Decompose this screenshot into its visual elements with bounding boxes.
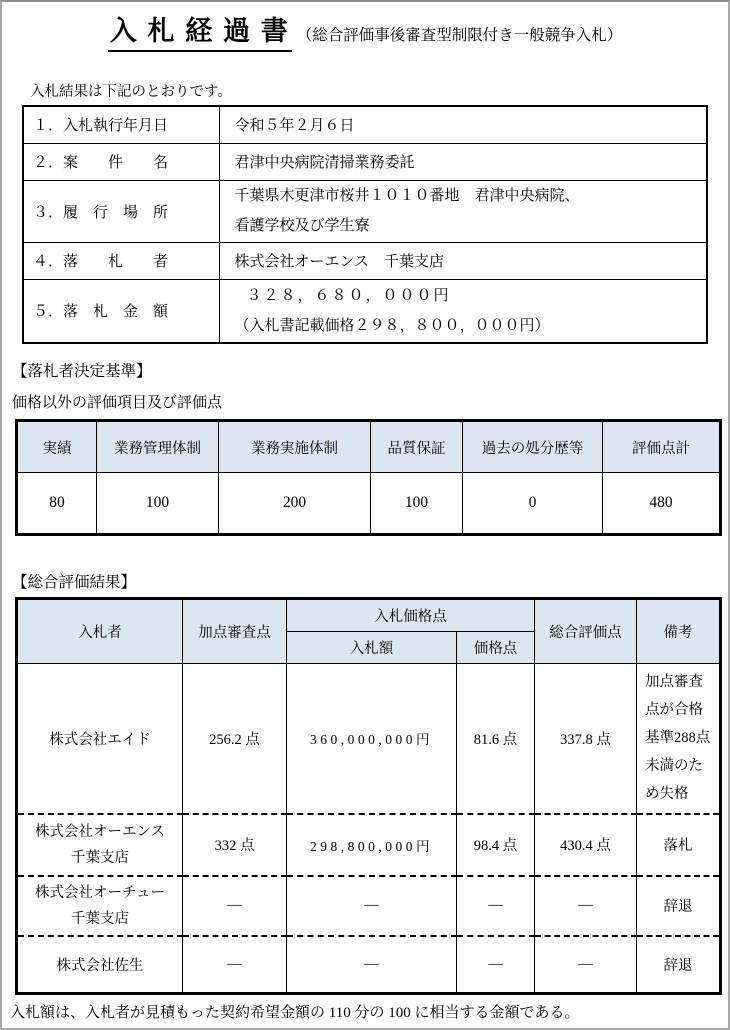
place-line-1: 千葉県木更津市桜井１０１０番地 君津中央病院、: [235, 181, 707, 211]
results-header-amount: 入札額: [287, 632, 457, 664]
results-header-row-1: 入札者 加点審査点 入札価格点 総合評価点 備考: [17, 599, 721, 632]
amount-cell: 298,800,000円: [287, 814, 457, 876]
title-line: 入 札 経 過 書（総合評価事後審査型制限付き一般競争入札）: [2, 9, 728, 52]
remarks-cell: 落札: [637, 814, 721, 876]
summary-label-project: ２．案 件 名: [23, 143, 219, 180]
results-header-remarks: 備考: [637, 599, 721, 664]
table-row: ３．履 行 場 所 千葉県木更津市桜井１０１０番地 君津中央病院、 看護学校及び…: [23, 180, 707, 242]
price-point-cell: ―: [457, 876, 535, 936]
summary-value-project: 君津中央病院清掃業務委託: [219, 143, 707, 180]
amount-cell: ―: [287, 936, 457, 994]
criteria-value-total: 480: [603, 473, 721, 535]
remarks-cell: 辞退: [637, 936, 721, 994]
amount-cell: 360,000,000円: [287, 664, 457, 814]
results-table: 入札者 加点審査点 入札価格点 総合評価点 備考 入札額 価格点 株式会社エイド…: [15, 597, 722, 995]
total-point-cell: 337.8 点: [535, 664, 637, 814]
price-point-cell: ―: [457, 936, 535, 994]
criteria-value-shobun: 0: [463, 473, 603, 535]
document-page: 入 札 経 過 書（総合評価事後審査型制限付き一般競争入札） 入札結果は下記のと…: [0, 0, 730, 1030]
total-point-cell: ―: [535, 876, 637, 936]
criteria-table: 実績 業務管理体制 業務実施体制 品質保証 過去の処分歴等 評価点計 80 10…: [15, 419, 722, 536]
table-row: 株式会社オーエンス 千葉支店 332 点 298,800,000円 98.4 点…: [17, 814, 721, 876]
table-row: ５．落 札 金 額 ３２８，６８０，０００円 （入札書記載価格２９８，８００，０…: [23, 279, 707, 343]
place-line-2: 看護学校及び学生寮: [235, 211, 707, 241]
summary-value-amount: ３２８，６８０，０００円 （入札書記載価格２９８，８００，０００円）: [219, 279, 707, 343]
table-row: 株式会社佐生 ― ― ― ― 辞退: [17, 936, 721, 994]
criteria-header-row: 実績 業務管理体制 業務実施体制 品質保証 過去の処分歴等 評価点計: [17, 421, 721, 473]
criteria-subheading: 価格以外の評価項目及び評価点: [12, 391, 222, 412]
page-title: 入 札 経 過 書: [108, 9, 292, 52]
table-row: 株式会社エイド 256.2 点 360,000,000円 81.6 点 337.…: [17, 664, 721, 814]
criteria-value-jisshi: 200: [219, 473, 371, 535]
bidder-name: 株式会社エイド: [17, 664, 183, 814]
score-cell: 332 点: [183, 814, 287, 876]
bidder-name: 株式会社佐生: [17, 936, 183, 994]
summary-label-winner: ４．落 札 者: [23, 242, 219, 279]
table-row: １．入札執行年月日 令和５年２月６日: [23, 106, 707, 143]
criteria-value-kanri: 100: [97, 473, 219, 535]
bidder-name: 株式会社オーエンス 千葉支店: [17, 814, 183, 876]
intro-text: 入札結果は下記のとおりです。: [30, 80, 232, 101]
score-cell: 256.2 点: [183, 664, 287, 814]
bidder-name-line-1: 株式会社オーエンス: [18, 819, 182, 845]
table-row: ２．案 件 名 君津中央病院清掃業務委託: [23, 143, 707, 180]
results-header-price-group: 入札価格点: [287, 599, 535, 632]
criteria-header-shobun: 過去の処分歴等: [463, 421, 603, 473]
bidder-name-line-2: 千葉支店: [18, 906, 182, 932]
results-header-price-point: 価格点: [457, 632, 535, 664]
results-header-bidder: 入札者: [17, 599, 183, 664]
criteria-value-jisseki: 80: [17, 473, 97, 535]
criteria-header-jisshi: 業務実施体制: [219, 421, 371, 473]
criteria-value-row: 80 100 200 100 0 480: [17, 473, 721, 535]
bidder-name-line-2: 千葉支店: [18, 845, 182, 871]
price-point-cell: 81.6 点: [457, 664, 535, 814]
criteria-heading: 【落札者決定基準】: [12, 359, 152, 381]
summary-table: １．入札執行年月日 令和５年２月６日 ２．案 件 名 君津中央病院清掃業務委託 …: [22, 105, 708, 344]
table-row: 株式会社オーチュー 千葉支店 ― ― ― ― 辞退: [17, 876, 721, 936]
page-subtitle: （総合評価事後審査型制限付き一般競争入札）: [297, 27, 623, 44]
summary-value-winner: 株式会社オーエンス 千葉支店: [219, 242, 707, 279]
criteria-header-hinshitsu: 品質保証: [371, 421, 463, 473]
bid-sheet-price: （入札書記載価格２９８，８００，０００円）: [235, 311, 707, 341]
footnote-text: 入札額は、入札者が見積もった契約希望金額の 110 分の 100 に相当する金額…: [10, 1001, 579, 1022]
summary-value-place: 千葉県木更津市桜井１０１０番地 君津中央病院、 看護学校及び学生寮: [219, 180, 707, 242]
results-heading: 【総合評価結果】: [12, 570, 136, 592]
score-cell: ―: [183, 936, 287, 994]
bidder-name: 株式会社オーチュー 千葉支店: [17, 876, 183, 936]
summary-value-date: 令和５年２月６日: [219, 106, 707, 143]
total-point-cell: 430.4 点: [535, 814, 637, 876]
winning-amount: ３２８，６８０，０００円: [235, 281, 707, 311]
summary-label-amount: ５．落 札 金 額: [23, 279, 219, 343]
criteria-value-hinshitsu: 100: [371, 473, 463, 535]
remarks-cell: 辞退: [637, 876, 721, 936]
price-point-cell: 98.4 点: [457, 814, 535, 876]
results-header-total: 総合評価点: [535, 599, 637, 664]
amount-cell: ―: [287, 876, 457, 936]
summary-label-date: １．入札執行年月日: [23, 106, 219, 143]
table-row: ４．落 札 者 株式会社オーエンス 千葉支店: [23, 242, 707, 279]
criteria-header-jisseki: 実績: [17, 421, 97, 473]
results-header-score: 加点審査点: [183, 599, 287, 664]
summary-label-place: ３．履 行 場 所: [23, 180, 219, 242]
score-cell: ―: [183, 876, 287, 936]
bidder-name-line-1: 株式会社オーチュー: [18, 880, 182, 906]
total-point-cell: ―: [535, 936, 637, 994]
remarks-cell: 加点審査点が合格基準288点未満のため失格: [637, 664, 721, 814]
criteria-header-kanri: 業務管理体制: [97, 421, 219, 473]
criteria-header-total: 評価点計: [603, 421, 721, 473]
